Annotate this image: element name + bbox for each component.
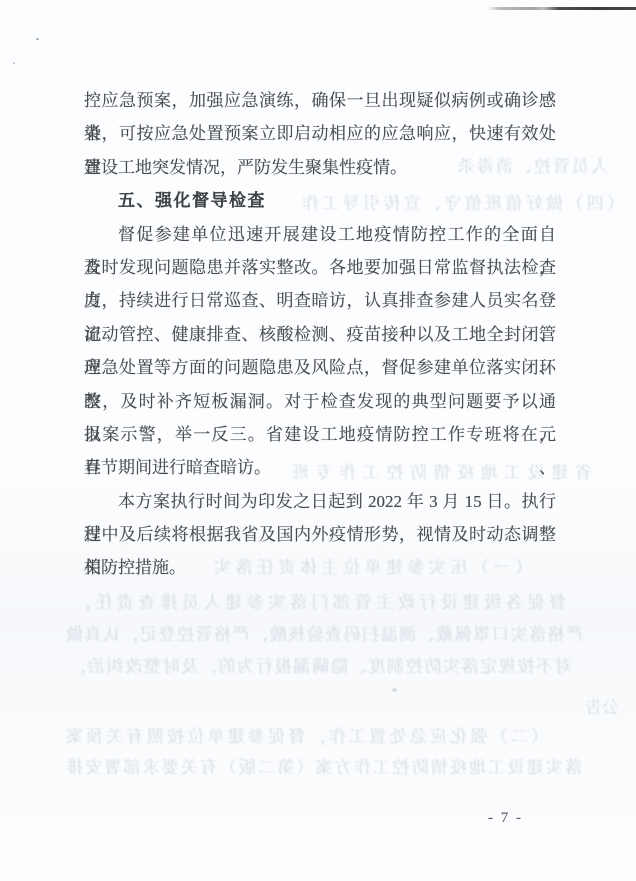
bleedthrough-line: 落实建设工地疫情防控工作方案（第二版）有关要求部署安排 (66, 757, 582, 779)
text-line: 度，持续进行日常巡查、明查暗访，认真排查参建人员实名登记、 (84, 284, 556, 317)
text-line: 控应急预案，加强应急演练，确保一旦出现疑似病例或确诊感染 (84, 84, 556, 117)
bleedthrough-line: 公告 (583, 697, 619, 719)
page-number: - 7 - (488, 810, 558, 827)
scan-speck (36, 38, 39, 40)
text-line: 督促参建单位迅速开展建设工地疫情防控工作的全面自查， (84, 218, 556, 251)
bleedthrough-line: （二）强化应急处置工作，督促参建单位按照有关预案 (66, 726, 548, 748)
text-line: 本方案执行时间为印发之日起到 2022 年 3 月 15 日。执行过 (84, 485, 556, 518)
document-body: 控应急预案，加强应急演练，确保一旦出现疑似病例或确诊感染 者，可按应急处置预案立… (84, 84, 556, 585)
text-line: 建设工地突发情况，严防发生聚集性疫情。 (84, 151, 556, 184)
text-line: 流动管控、健康排查、核酸检测、疫苗接种以及工地全封闭管理、 (84, 318, 556, 351)
text-line: 程中及后续将根据我省及国内外疫情形势，视情及时动态调整相 (84, 518, 556, 551)
scanned-document-page: 人员管控、消毒杀 （四）做好值班值守、宣传引导工作 省建设工地疫情防控工作专班 … (0, 0, 636, 881)
scan-speck (13, 62, 15, 64)
scan-artifact-line (487, 7, 636, 10)
text-line: 及时发现问题隐患并落实整改。各地要加强日常监督执法检查力 (84, 251, 556, 284)
bleedthrough-line: 对不按规定落实防控制度、隐瞒漏报行为的，及时整改纠治， (69, 656, 572, 678)
text-line: 以案示警，举一反三。省建设工地疫情防控工作专班将在元旦、 (84, 418, 556, 451)
text-line: 关防控措施。 (84, 551, 556, 584)
text-line: 应急处置等方面的问题隐患及风险点，督促参建单位落实闭环整 (84, 351, 556, 384)
bleedthrough-line: 严格落实口罩佩戴、测温扫码查验核酸，严格管控登记，认真做 (66, 624, 583, 646)
bleedthrough-line: 督促各级建设行政主管部门落实参建人员排查责任， (74, 592, 566, 614)
section-heading: 五、强化督导检查 (84, 184, 556, 217)
scan-speck (392, 688, 397, 692)
text-line: 者，可按应急处置预案立即启动相应的应急响应，快速有效处置 (84, 117, 556, 150)
text-line: 改，及时补齐短板漏洞。对于检查发现的典型问题要予以通报， (84, 385, 556, 418)
